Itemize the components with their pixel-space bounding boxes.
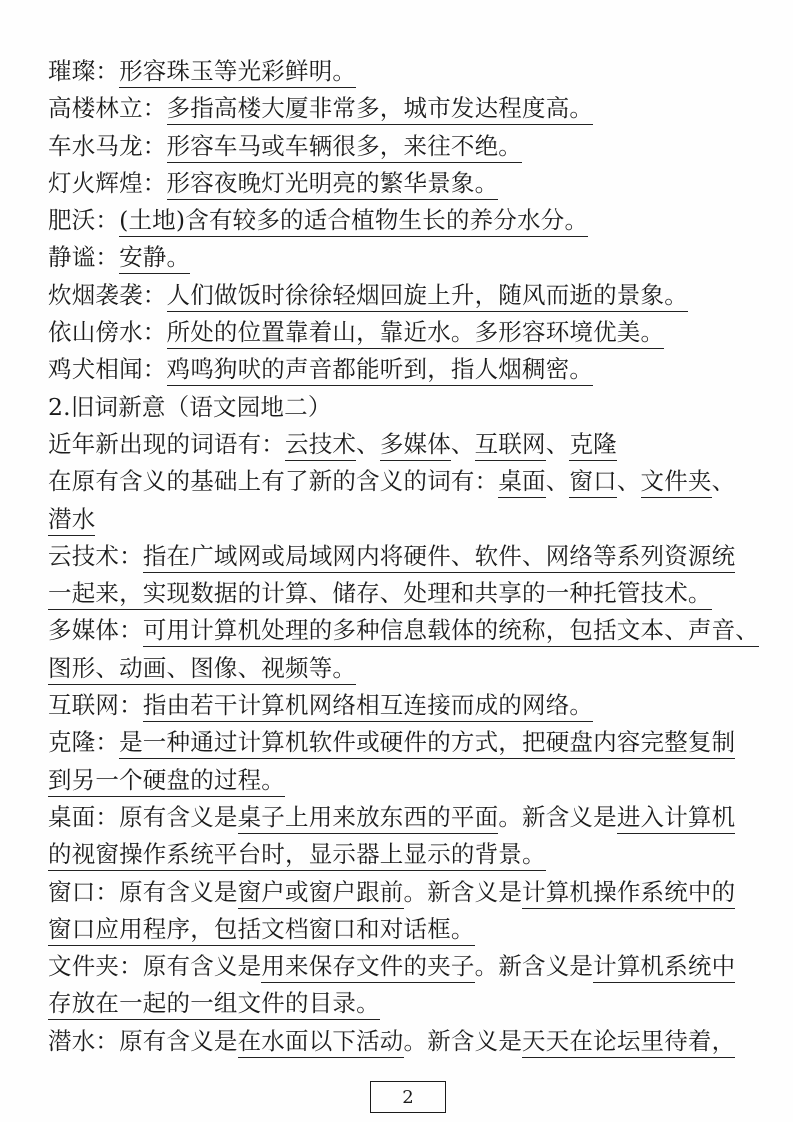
underlined-text: 桌子上用来放东西的平面 (238, 803, 499, 834)
text-segment: 、 (451, 430, 475, 458)
underlined-text: 安静。 (119, 243, 190, 274)
text-lines: 璀璨：形容珠玉等光彩鲜明。高楼林立：多指高楼大厦非常多，城市发达程度高。车水马龙… (48, 53, 762, 1060)
text-line: 璀璨：形容珠玉等光彩鲜明。 (48, 53, 762, 90)
underlined-text: 可用计算机处理的多种信息载体的统称，包括文本、声音、 (143, 616, 759, 647)
underlined-text: 到另一个硬盘的过程。 (48, 766, 285, 797)
text-segment: 灯火辉煌： (48, 169, 167, 197)
underlined-text: 多媒体 (380, 430, 451, 461)
text-line: 的视窗操作系统平台时，显示器上显示的背景。 (48, 836, 762, 873)
underlined-text: 互联网 (475, 430, 546, 461)
underlined-text: 计算机操作系统中的 (522, 878, 735, 909)
text-segment: 近年新出现的词语有： (48, 430, 285, 458)
text-line: 窗口应用程序，包括文档窗口和对话框。 (48, 911, 762, 948)
text-segment: 、 (617, 467, 641, 495)
underlined-text: 指在广域网或局域网内将硬件、软件、网络等系列资源统 (143, 542, 736, 573)
text-segment: 。新含义是 (475, 952, 594, 980)
underlined-text: 形容车马或车辆很多，来往不绝。 (167, 132, 523, 163)
text-segment: 互联网： (48, 691, 143, 719)
underlined-text: 形容夜晚灯光明亮的繁华景象。 (167, 169, 499, 200)
underlined-text: 窗户或窗户跟前 (238, 878, 404, 909)
text-line: 互联网：指由若干计算机网络相互连接而成的网络。 (48, 687, 762, 724)
text-line: 在原有含义的基础上有了新的含义的词有：桌面、窗口、文件夹、 (48, 463, 762, 500)
text-segment: 车水马龙： (48, 132, 167, 160)
text-segment: 潜水： (48, 1027, 119, 1055)
text-line: 克隆：是一种通过计算机软件或硬件的方式，把硬盘内容完整复制 (48, 724, 762, 761)
text-segment: 文件夹： (48, 952, 143, 980)
underlined-text: 用来保存文件的夹子 (261, 952, 474, 983)
underlined-text: 指由若干计算机网络相互连接而成的网络。 (143, 691, 593, 722)
text-line: 2.旧词新意（语文园地二） (48, 389, 762, 426)
page-number: 2 (402, 1087, 413, 1108)
text-segment: 在原有含义的基础上有了新的含义的词有： (48, 467, 498, 495)
underlined-text: 存放在一起的一组文件的目录。 (48, 989, 380, 1020)
text-segment: 原有含义是 (119, 803, 238, 831)
text-segment: 、 (546, 430, 570, 458)
text-line: 车水马龙：形容车马或车辆很多，来往不绝。 (48, 128, 762, 165)
underlined-text: 窗口应用程序，包括文档窗口和对话框。 (48, 915, 475, 946)
text-line: 桌面：原有含义是桌子上用来放东西的平面。新含义是进入计算机 (48, 799, 762, 836)
text-line: 鸡犬相闻：鸡鸣狗吠的声音都能听到，指人烟稠密。 (48, 351, 762, 388)
text-segment: 依山傍水： (48, 318, 167, 346)
underlined-text: 鸡鸣狗吠的声音都能听到，指人烟稠密。 (167, 355, 594, 386)
text-line: 存放在一起的一组文件的目录。 (48, 985, 762, 1022)
underlined-text: 的视窗操作系统平台时，显示器上显示的背景。 (48, 840, 546, 871)
text-segment: 原有含义是 (119, 878, 238, 906)
underlined-text: 人们做饭时徐徐轻烟回旋上升，随风而逝的景象。 (167, 281, 688, 312)
text-segment: 、 (712, 467, 736, 495)
text-segment: 鸡犬相闻： (48, 355, 167, 383)
text-segment: 肥沃： (48, 206, 119, 234)
text-segment: 、 (356, 430, 380, 458)
text-line: 云技术：指在广域网或局域网内将硬件、软件、网络等系列资源统 (48, 538, 762, 575)
underlined-text: 图形、动画、图像、视频等。 (48, 654, 356, 685)
text-line: 肥沃：(土地)含有较多的适合植物生长的养分水分。 (48, 202, 762, 239)
underlined-text: 克隆 (569, 430, 616, 461)
underlined-text: 所处的位置靠着山，靠近水。多形容环境优美。 (167, 318, 665, 349)
text-line: 潜水：原有含义是在水面以下活动。新含义是天天在论坛里待着， (48, 1023, 762, 1060)
text-segment: 云技术： (48, 542, 143, 570)
underlined-text: 多指高楼大厦非常多，城市发达程度高。 (167, 94, 594, 125)
text-segment: 。新含义是 (404, 878, 523, 906)
underlined-text: 一起来，实现数据的计算、储存、处理和共享的一种托管技术。 (48, 579, 712, 610)
text-segment: 璀璨： (48, 57, 119, 85)
underlined-text: 形容珠玉等光彩鲜明。 (119, 57, 356, 88)
text-segment: 窗口： (48, 878, 119, 906)
text-segment: 原有含义是 (119, 1027, 238, 1055)
text-segment: 高楼林立： (48, 94, 167, 122)
text-segment: 炊烟袭袭： (48, 281, 167, 309)
text-segment: 、 (546, 467, 570, 495)
underlined-text: 在水面以下活动 (238, 1027, 404, 1058)
text-segment: 克隆： (48, 728, 119, 756)
text-line: 高楼林立：多指高楼大厦非常多，城市发达程度高。 (48, 90, 762, 127)
text-segment: 静谧： (48, 243, 119, 271)
text-line: 炊烟袭袭：人们做饭时徐徐轻烟回旋上升，随风而逝的景象。 (48, 277, 762, 314)
text-line: 图形、动画、图像、视频等。 (48, 650, 762, 687)
page-number-box: 2 (370, 1081, 446, 1113)
text-line: 灯火辉煌：形容夜晚灯光明亮的繁华景象。 (48, 165, 762, 202)
text-line: 近年新出现的词语有：云技术、多媒体、互联网、克隆 (48, 426, 762, 463)
text-segment: 多媒体： (48, 616, 143, 644)
underlined-text: 进入计算机 (617, 803, 736, 834)
underlined-text: 计算机系统中 (593, 952, 735, 983)
text-line: 窗口：原有含义是窗户或窗户跟前。新含义是计算机操作系统中的 (48, 874, 762, 911)
underlined-text: 文件夹 (641, 467, 712, 498)
underlined-text: 窗口 (569, 467, 616, 498)
underlined-text: 天天在论坛里待着， (522, 1027, 735, 1058)
underlined-text: 是一种通过计算机软件或硬件的方式，把硬盘内容完整复制 (119, 728, 735, 759)
text-line: 依山傍水：所处的位置靠着山，靠近水。多形容环境优美。 (48, 314, 762, 351)
text-line: 静谧：安静。 (48, 239, 762, 276)
text-segment: 桌面： (48, 803, 119, 831)
text-line: 潜水 (48, 501, 762, 538)
text-segment: 2.旧词新意（语文园地二） (48, 393, 332, 421)
text-segment: 原有含义是 (143, 952, 262, 980)
text-line: 到另一个硬盘的过程。 (48, 762, 762, 799)
text-line: 文件夹：原有含义是用来保存文件的夹子。新含义是计算机系统中 (48, 948, 762, 985)
underlined-text: 桌面 (498, 467, 545, 498)
document-page: 璀璨：形容珠玉等光彩鲜明。高楼林立：多指高楼大厦非常多，城市发达程度高。车水马龙… (0, 0, 793, 1122)
underlined-text: 潜水 (48, 505, 95, 536)
text-line: 一起来，实现数据的计算、储存、处理和共享的一种托管技术。 (48, 575, 762, 612)
text-line: 多媒体：可用计算机处理的多种信息载体的统称，包括文本、声音、 (48, 612, 762, 649)
underlined-text: (土地)含有较多的适合植物生长的养分水分。 (119, 206, 588, 237)
text-segment: 。新含义是 (404, 1027, 523, 1055)
underlined-text: 云技术 (285, 430, 356, 461)
text-segment: 。新含义是 (498, 803, 617, 831)
